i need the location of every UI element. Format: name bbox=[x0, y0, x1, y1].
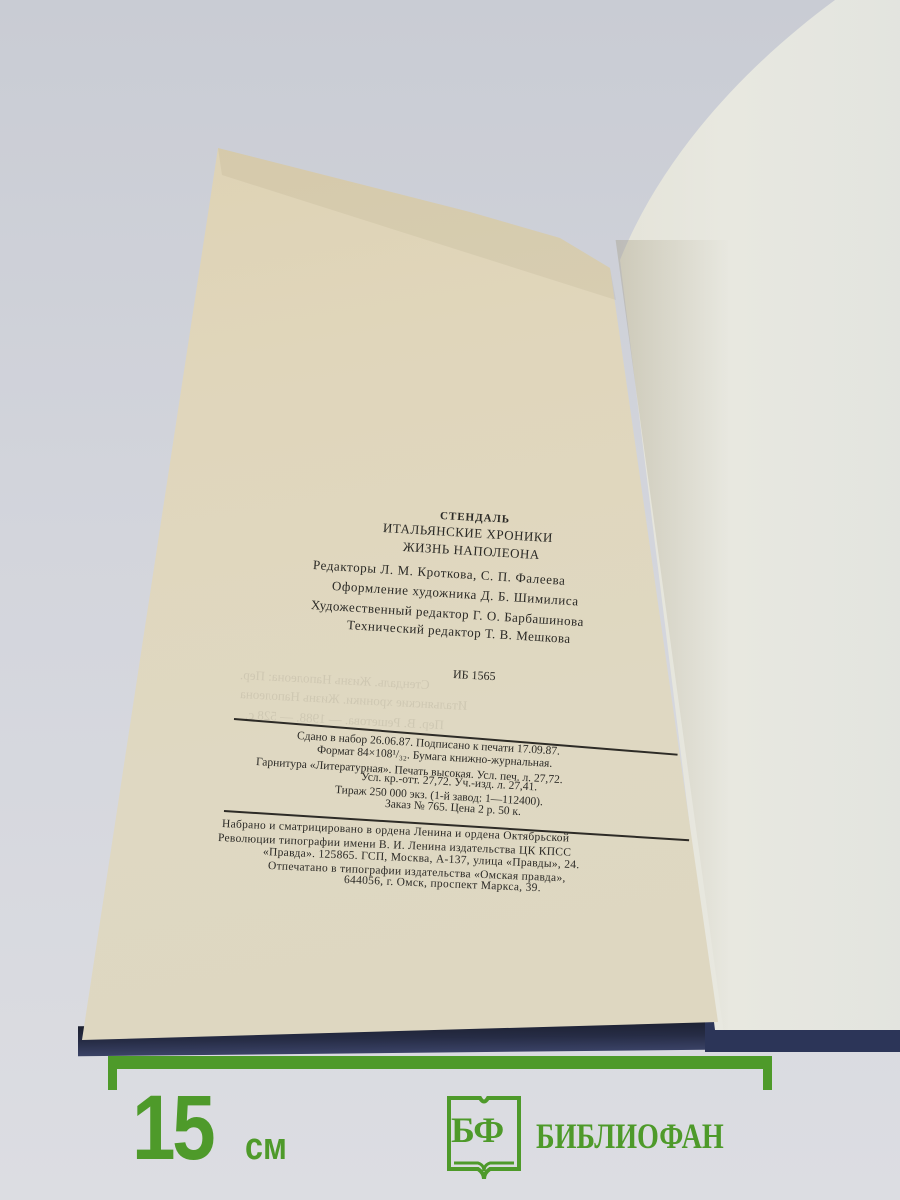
size-value: 15 bbox=[132, 1082, 212, 1174]
scale-bar-right-tick bbox=[763, 1056, 772, 1090]
logo-letters: БФ bbox=[451, 1112, 503, 1148]
brand-name: БИБЛИОФАН bbox=[536, 1118, 724, 1154]
scale-bar-left-tick bbox=[108, 1056, 117, 1090]
scale-bar bbox=[108, 1056, 772, 1069]
size-unit: см bbox=[245, 1128, 287, 1166]
imprint-text: Стендаль. Жизнь Наполеона: Пер. Итальянс… bbox=[0, 0, 900, 1200]
photo-scene: Стендаль. Жизнь Наполеона: Пер. Итальянс… bbox=[0, 0, 900, 1200]
ib-number: ИБ 1565 bbox=[453, 667, 496, 684]
